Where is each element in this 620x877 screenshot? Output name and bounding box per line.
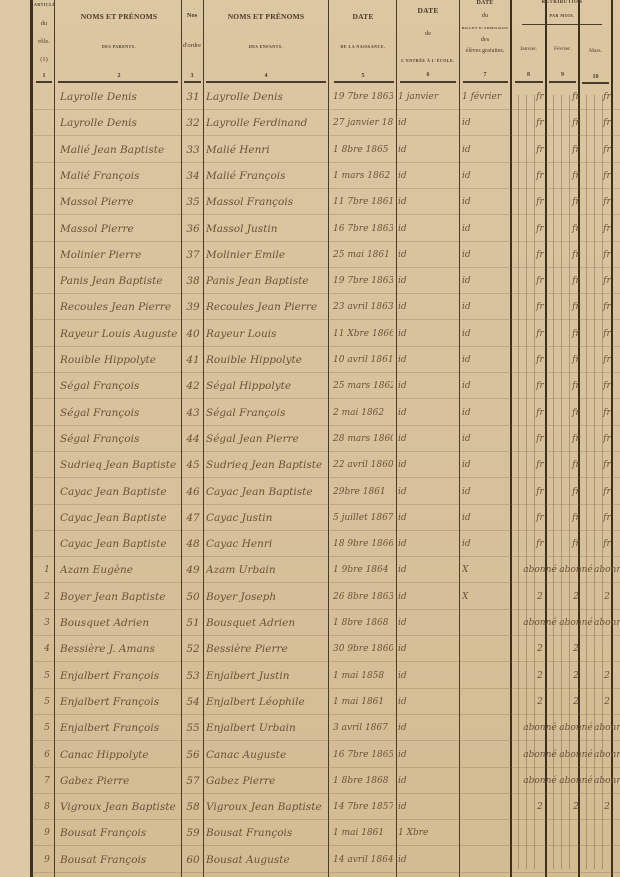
entry-date-cell: id <box>398 715 458 741</box>
order-number-cell: 31 <box>183 84 203 110</box>
birth-date-cell: 25 mai 1861 <box>333 242 393 268</box>
parent-name-cell: Enjalbert François <box>60 689 180 715</box>
header-parents-title: NOMS ET PRÉNOMS <box>60 12 178 21</box>
retribution-cell: fr <box>558 84 594 110</box>
retribution-cell: abonné <box>594 557 620 583</box>
parent-name-cell: Vigroux Jean Baptiste <box>60 794 180 820</box>
child-name-cell: Malié François <box>206 163 332 189</box>
retribution-cell: fr <box>558 216 594 242</box>
order-number-cell: 46 <box>183 479 203 505</box>
retribution-cell: fr <box>522 452 558 478</box>
retribution-cell: fr <box>558 242 594 268</box>
retribution-cell: fr <box>594 189 620 215</box>
child-name-cell: Layrolle Denis <box>206 84 332 110</box>
header-rule <box>549 81 576 83</box>
header-billet-mid: du <box>461 12 509 19</box>
header-entry-sub: L'ENTRÉE À L'ÉCOLE. <box>398 58 458 63</box>
admission-date-cell <box>462 610 520 636</box>
retribution-cell: fr <box>558 294 594 320</box>
table-row: 5Enjalbert François54Enjalbert Léophile1… <box>0 689 620 715</box>
parent-name-cell: Azam Eugène <box>60 557 180 583</box>
header-col-number: 10 <box>580 74 611 80</box>
retribution-cell: fr <box>558 400 594 426</box>
child-name-cell: Panis Jean Baptiste <box>206 268 332 294</box>
article-cell <box>36 452 58 478</box>
entry-date-cell: 1 janvier <box>398 84 458 110</box>
child-name-cell: Bessière Pierre <box>206 636 332 662</box>
parent-name-cell: Enjalbert François <box>60 663 180 689</box>
order-number-cell: 56 <box>183 742 203 768</box>
retribution-cell: fr <box>594 505 620 531</box>
header-billet-sub: BILLET D'ADMISSION <box>461 26 509 30</box>
header-billet-sub: des <box>461 36 509 43</box>
parent-name-cell: Cayac Jean Baptiste <box>60 531 180 557</box>
birth-date-cell: 22 avril 1860 <box>333 452 393 478</box>
retribution-cell: abonné <box>522 715 558 741</box>
child-name-cell: Rouible Hippolyte <box>206 347 332 373</box>
header-billet-title: DATE <box>461 0 509 6</box>
table-row: 4Bessière J. Amans52Bessière Pierre30 9b… <box>0 636 620 662</box>
entry-date-cell: id <box>398 531 458 557</box>
child-name-cell: Sudrieq Jean Baptiste <box>206 452 332 478</box>
birth-date-cell: 19 7bre 1863 <box>333 84 393 110</box>
retribution-cell: fr <box>558 531 594 557</box>
table-row: Layrolle Denis32Layrolle Ferdinand27 jan… <box>0 110 620 136</box>
table-row: 7Gabez Pierre57Gabez Pierre1 8bre 1868id… <box>0 768 620 794</box>
admission-date-cell: id <box>462 189 520 215</box>
header-billet-sub: élèves gratuites. <box>461 48 509 54</box>
birth-date-cell: 1 mars 1862 <box>333 163 393 189</box>
birth-date-cell: 14 7bre 1857 <box>333 794 393 820</box>
parent-name-cell: Bousquet Adrien <box>60 610 180 636</box>
article-cell <box>36 84 58 110</box>
header-article: ARTICLE <box>34 2 54 7</box>
article-cell: 5 <box>36 663 58 689</box>
birth-date-cell: 18 9bre 1866 <box>333 531 393 557</box>
parent-name-cell: Bousat François <box>60 820 180 846</box>
header-article-line: du <box>34 20 54 27</box>
row-rule <box>31 872 620 873</box>
entry-date-cell: id <box>398 452 458 478</box>
retribution-cell: fr <box>522 189 558 215</box>
order-number-cell: 58 <box>183 794 203 820</box>
admission-date-cell: id <box>462 426 520 452</box>
entry-date-cell: id <box>398 110 458 136</box>
article-cell <box>36 294 58 320</box>
child-name-cell: Azam Urbain <box>206 557 332 583</box>
table-row: Rayeur Louis Auguste40Rayeur Louis11 Xbr… <box>0 321 620 347</box>
header-retribution-sub: PAR MOIS. <box>512 13 612 18</box>
header-children-sub: DES ENFANTS. <box>206 44 326 49</box>
retribution-cell: abonné <box>594 715 620 741</box>
entry-date-cell: id <box>398 189 458 215</box>
child-name-cell: Ségal Jean Pierre <box>206 426 332 452</box>
entry-date-cell: id <box>398 216 458 242</box>
retribution-cell: fr <box>594 294 620 320</box>
retribution-cell <box>558 820 594 846</box>
parent-name-cell: Ségal François <box>60 426 180 452</box>
header-col-number: 3 <box>181 73 203 79</box>
retribution-cell <box>594 636 620 662</box>
retribution-cell: fr <box>558 163 594 189</box>
child-name-cell: Ségal Hippolyte <box>206 373 332 399</box>
header-order-title: Nos <box>181 12 203 19</box>
article-cell: 5 <box>36 715 58 741</box>
retribution-cell: 2 <box>522 636 558 662</box>
birth-date-cell: 1 mai 1861 <box>333 820 393 846</box>
order-number-cell: 36 <box>183 216 203 242</box>
article-cell <box>36 137 58 163</box>
child-name-cell: Bousat François <box>206 820 332 846</box>
entry-date-cell: id <box>398 557 458 583</box>
register-page: ARTICLE du rôle. (1) 1 NOMS ET PRÉNOMS D… <box>0 0 620 877</box>
order-number-cell: 37 <box>183 242 203 268</box>
entry-date-cell: id <box>398 768 458 794</box>
birth-date-cell: 1 9bre 1864 <box>333 557 393 583</box>
retribution-cell: fr <box>522 373 558 399</box>
birth-date-cell: 11 Xbre 1866 <box>333 321 393 347</box>
retribution-cell: fr <box>522 505 558 531</box>
retribution-cell: abonné <box>594 610 620 636</box>
child-name-cell: Cayac Jean Baptiste <box>206 479 332 505</box>
admission-date-cell <box>462 742 520 768</box>
admission-date-cell <box>462 820 520 846</box>
order-number-cell: 48 <box>183 531 203 557</box>
header-rule <box>184 81 201 83</box>
retribution-cell: abonné <box>594 768 620 794</box>
entry-date-cell: id <box>398 610 458 636</box>
retribution-cell: abonné <box>558 768 594 794</box>
entry-date-cell: id <box>398 584 458 610</box>
retribution-cell: abonné <box>522 557 558 583</box>
parent-name-cell: Enjalbert François <box>60 715 180 741</box>
retribution-cell: abonné <box>522 768 558 794</box>
header-month-mars: Mars. <box>580 48 611 54</box>
birth-date-cell: 25 mars 1862 <box>333 373 393 399</box>
table-row: Panis Jean Baptiste38Panis Jean Baptiste… <box>0 268 620 294</box>
retribution-cell <box>594 847 620 873</box>
article-cell: 3 <box>36 610 58 636</box>
header-order-sub: d'ordre <box>181 42 203 49</box>
article-cell <box>36 163 58 189</box>
order-number-cell: 35 <box>183 189 203 215</box>
retribution-cell: 2 <box>522 794 558 820</box>
parent-name-cell: Malié François <box>60 163 180 189</box>
header-parents-sub: DES PARENTS. <box>60 44 178 49</box>
retribution-cell: fr <box>594 137 620 163</box>
parent-name-cell: Canac Hippolyte <box>60 742 180 768</box>
admission-date-cell: id <box>462 400 520 426</box>
child-name-cell: Molinier Emile <box>206 242 332 268</box>
retribution-cell: fr <box>594 400 620 426</box>
retribution-cell: fr <box>522 216 558 242</box>
retribution-cell: fr <box>522 479 558 505</box>
header-col-number: 8 <box>512 72 545 78</box>
article-cell <box>36 268 58 294</box>
entry-date-cell: id <box>398 636 458 662</box>
article-cell: 5 <box>36 689 58 715</box>
retribution-cell: fr <box>522 242 558 268</box>
table-row: 5Enjalbert François53Enjalbert Justin1 m… <box>0 663 620 689</box>
birth-date-cell: 1 mai 1861 <box>333 689 393 715</box>
table-row: 8Vigroux Jean Baptiste58Vigroux Jean Bap… <box>0 794 620 820</box>
admission-date-cell: id <box>462 347 520 373</box>
ornament-rule <box>522 24 602 25</box>
header-rule <box>58 81 178 83</box>
article-cell: 7 <box>36 768 58 794</box>
article-cell <box>36 216 58 242</box>
parent-name-cell: Panis Jean Baptiste <box>60 268 180 294</box>
article-cell: 9 <box>36 820 58 846</box>
child-name-cell: Layrolle Ferdinand <box>206 110 332 136</box>
entry-date-cell: id <box>398 268 458 294</box>
child-name-cell: Rayeur Louis <box>206 321 332 347</box>
admission-date-cell: id <box>462 321 520 347</box>
article-cell: 6 <box>36 742 58 768</box>
admission-date-cell: id <box>462 294 520 320</box>
birth-date-cell: 10 avril 1861 <box>333 347 393 373</box>
birth-date-cell: 5 juillet 1867 <box>333 505 393 531</box>
parent-name-cell: Malié Jean Baptiste <box>60 137 180 163</box>
article-cell <box>36 110 58 136</box>
retribution-cell: fr <box>522 400 558 426</box>
retribution-cell: fr <box>594 452 620 478</box>
retribution-cell <box>594 820 620 846</box>
retribution-cell: 2 <box>522 663 558 689</box>
child-name-cell: Recoules Jean Pierre <box>206 294 332 320</box>
order-number-cell: 53 <box>183 663 203 689</box>
entry-date-cell: id <box>398 137 458 163</box>
retribution-cell: fr <box>558 347 594 373</box>
birth-date-cell: 23 avril 1863 <box>333 294 393 320</box>
table-row: Massol Pierre35Massol François11 7bre 18… <box>0 189 620 215</box>
birth-date-cell: 16 7bre 1863 <box>333 216 393 242</box>
admission-date-cell: id <box>462 242 520 268</box>
order-number-cell: 39 <box>183 294 203 320</box>
birth-date-cell: 11 7bre 1861 <box>333 189 393 215</box>
table-row: Ségal François42Ségal Hippolyte25 mars 1… <box>0 373 620 399</box>
order-number-cell: 44 <box>183 426 203 452</box>
parent-name-cell: Molinier Pierre <box>60 242 180 268</box>
header-entry-mid: de <box>398 30 458 37</box>
retribution-cell: abonné <box>558 742 594 768</box>
table-row: Molinier Pierre37Molinier Emile25 mai 18… <box>0 242 620 268</box>
admission-date-cell: id <box>462 531 520 557</box>
child-name-cell: Massol Justin <box>206 216 332 242</box>
child-name-cell: Bousquet Adrien <box>206 610 332 636</box>
retribution-cell: 2 <box>558 663 594 689</box>
parent-name-cell: Massol Pierre <box>60 189 180 215</box>
header-retribution-title: RÉTRIBUTION <box>512 0 612 5</box>
retribution-cell: fr <box>558 321 594 347</box>
article-cell <box>36 321 58 347</box>
birth-date-cell: 14 avril 1864 <box>333 847 393 873</box>
retribution-cell: fr <box>522 347 558 373</box>
child-name-cell: Ségal François <box>206 400 332 426</box>
retribution-cell: 2 <box>594 663 620 689</box>
header-birth-sub: DE LA NAISSANCE. <box>330 44 396 49</box>
retribution-cell: 2 <box>594 689 620 715</box>
order-number-cell: 43 <box>183 400 203 426</box>
header-col-number: 6 <box>398 72 458 78</box>
retribution-cell: fr <box>594 163 620 189</box>
retribution-cell: fr <box>558 189 594 215</box>
header-rule <box>206 81 326 83</box>
header-col-number: 9 <box>547 72 578 78</box>
admission-date-cell: id <box>462 373 520 399</box>
order-number-cell: 50 <box>183 584 203 610</box>
retribution-cell: abonné <box>558 715 594 741</box>
retribution-cell: abonné <box>594 742 620 768</box>
header-rule <box>463 81 508 83</box>
order-number-cell: 57 <box>183 768 203 794</box>
order-number-cell: 45 <box>183 452 203 478</box>
child-name-cell: Bousat Auguste <box>206 847 332 873</box>
admission-date-cell: id <box>462 110 520 136</box>
retribution-cell: fr <box>522 163 558 189</box>
header-children-title: NOMS ET PRÉNOMS <box>206 12 326 21</box>
admission-date-cell: id <box>462 137 520 163</box>
retribution-cell: fr <box>522 426 558 452</box>
header-article-line: (1) <box>34 56 54 63</box>
child-name-cell: Cayac Justin <box>206 505 332 531</box>
table-row: Massol Pierre36Massol Justin16 7bre 1863… <box>0 216 620 242</box>
order-number-cell: 59 <box>183 820 203 846</box>
retribution-cell <box>522 820 558 846</box>
header-rule <box>515 81 543 83</box>
header-entry-title: DATE <box>398 6 458 15</box>
article-cell <box>36 400 58 426</box>
admission-date-cell <box>462 715 520 741</box>
retribution-cell: abonné <box>522 610 558 636</box>
retribution-cell: 2 <box>594 794 620 820</box>
parent-name-cell: Layrolle Denis <box>60 84 180 110</box>
entry-date-cell: id <box>398 742 458 768</box>
child-name-cell: Cayac Henri <box>206 531 332 557</box>
parent-name-cell: Bousat François <box>60 847 180 873</box>
retribution-cell: fr <box>558 479 594 505</box>
header-month-janvier: Janvier. <box>512 46 545 52</box>
parent-name-cell: Layrolle Denis <box>60 110 180 136</box>
retribution-cell: fr <box>522 321 558 347</box>
entry-date-cell: id <box>398 663 458 689</box>
table-row: 9Bousat François60Bousat Auguste14 avril… <box>0 847 620 873</box>
order-number-cell: 32 <box>183 110 203 136</box>
parent-name-cell: Sudrieq Jean Baptiste <box>60 452 180 478</box>
retribution-cell: fr <box>594 321 620 347</box>
header-rule <box>400 81 456 83</box>
child-name-cell: Enjalbert Urbain <box>206 715 332 741</box>
retribution-cell: fr <box>522 110 558 136</box>
entry-date-cell: 1 Xbre <box>398 820 458 846</box>
parent-name-cell: Rayeur Louis Auguste <box>60 321 180 347</box>
retribution-cell: fr <box>594 479 620 505</box>
parent-name-cell: Bessière J. Amans <box>60 636 180 662</box>
parent-name-cell: Boyer Jean Baptiste <box>60 584 180 610</box>
table-row: Cayac Jean Baptiste46Cayac Jean Baptiste… <box>0 479 620 505</box>
birth-date-cell: 1 8bre 1865 <box>333 137 393 163</box>
retribution-cell: 2 <box>558 689 594 715</box>
order-number-cell: 49 <box>183 557 203 583</box>
article-cell: 1 <box>36 557 58 583</box>
retribution-cell: abonné <box>522 742 558 768</box>
child-name-cell: Massol François <box>206 189 332 215</box>
entry-date-cell: id <box>398 505 458 531</box>
retribution-cell: fr <box>558 505 594 531</box>
retribution-cell: 2 <box>594 584 620 610</box>
child-name-cell: Gabez Pierre <box>206 768 332 794</box>
article-cell <box>36 531 58 557</box>
retribution-cell: fr <box>558 426 594 452</box>
admission-date-cell <box>462 636 520 662</box>
child-name-cell: Enjalbert Justin <box>206 663 332 689</box>
article-cell <box>36 347 58 373</box>
entry-date-cell: id <box>398 400 458 426</box>
retribution-cell: 2 <box>558 636 594 662</box>
birth-date-cell: 1 8bre 1868 <box>333 768 393 794</box>
entry-date-cell: id <box>398 847 458 873</box>
retribution-cell: fr <box>594 110 620 136</box>
article-cell <box>36 479 58 505</box>
retribution-cell: fr <box>594 84 620 110</box>
retribution-cell: abonné <box>558 610 594 636</box>
table-row: 2Boyer Jean Baptiste50Boyer Joseph26 8br… <box>0 584 620 610</box>
article-cell <box>36 505 58 531</box>
retribution-cell: 2 <box>558 794 594 820</box>
retribution-cell: fr <box>558 452 594 478</box>
birth-date-cell: 16 7bre 1865 <box>333 742 393 768</box>
order-number-cell: 60 <box>183 847 203 873</box>
article-cell <box>36 189 58 215</box>
retribution-cell <box>558 847 594 873</box>
birth-date-cell: 28 mars 1860 <box>333 426 393 452</box>
article-cell: 9 <box>36 847 58 873</box>
header-rule <box>36 81 52 83</box>
parent-name-cell: Rouible Hippolyte <box>60 347 180 373</box>
retribution-cell: fr <box>558 268 594 294</box>
order-number-cell: 40 <box>183 321 203 347</box>
entry-date-cell: id <box>398 426 458 452</box>
entry-date-cell: id <box>398 479 458 505</box>
parent-name-cell: Ségal François <box>60 400 180 426</box>
child-name-cell: Canac Auguste <box>206 742 332 768</box>
table-row: Malié Jean Baptiste33Malié Henri1 8bre 1… <box>0 137 620 163</box>
order-number-cell: 52 <box>183 636 203 662</box>
retribution-cell: fr <box>522 268 558 294</box>
entry-date-cell: id <box>398 321 458 347</box>
birth-date-cell: 19 7bre 1863 <box>333 268 393 294</box>
table-row: 6Canac Hippolyte56Canac Auguste16 7bre 1… <box>0 742 620 768</box>
article-cell: 8 <box>36 794 58 820</box>
admission-date-cell <box>462 768 520 794</box>
retribution-cell: fr <box>594 531 620 557</box>
retribution-cell: 2 <box>522 584 558 610</box>
admission-date-cell <box>462 794 520 820</box>
birth-date-cell: 1 8bre 1868 <box>333 610 393 636</box>
child-name-cell: Enjalbert Léophile <box>206 689 332 715</box>
order-number-cell: 54 <box>183 689 203 715</box>
entry-date-cell: id <box>398 294 458 320</box>
header-col-number: 5 <box>330 73 396 79</box>
order-number-cell: 47 <box>183 505 203 531</box>
table-row: Sudrieq Jean Baptiste45Sudrieq Jean Bapt… <box>0 452 620 478</box>
table-row: Cayac Jean Baptiste48Cayac Henri18 9bre … <box>0 531 620 557</box>
article-cell <box>36 242 58 268</box>
table-row: Layrolle Denis31Layrolle Denis19 7bre 18… <box>0 84 620 110</box>
article-cell: 4 <box>36 636 58 662</box>
birth-date-cell: 27 janvier 1867 <box>333 110 393 136</box>
table-row: Malié François34Malié François1 mars 186… <box>0 163 620 189</box>
